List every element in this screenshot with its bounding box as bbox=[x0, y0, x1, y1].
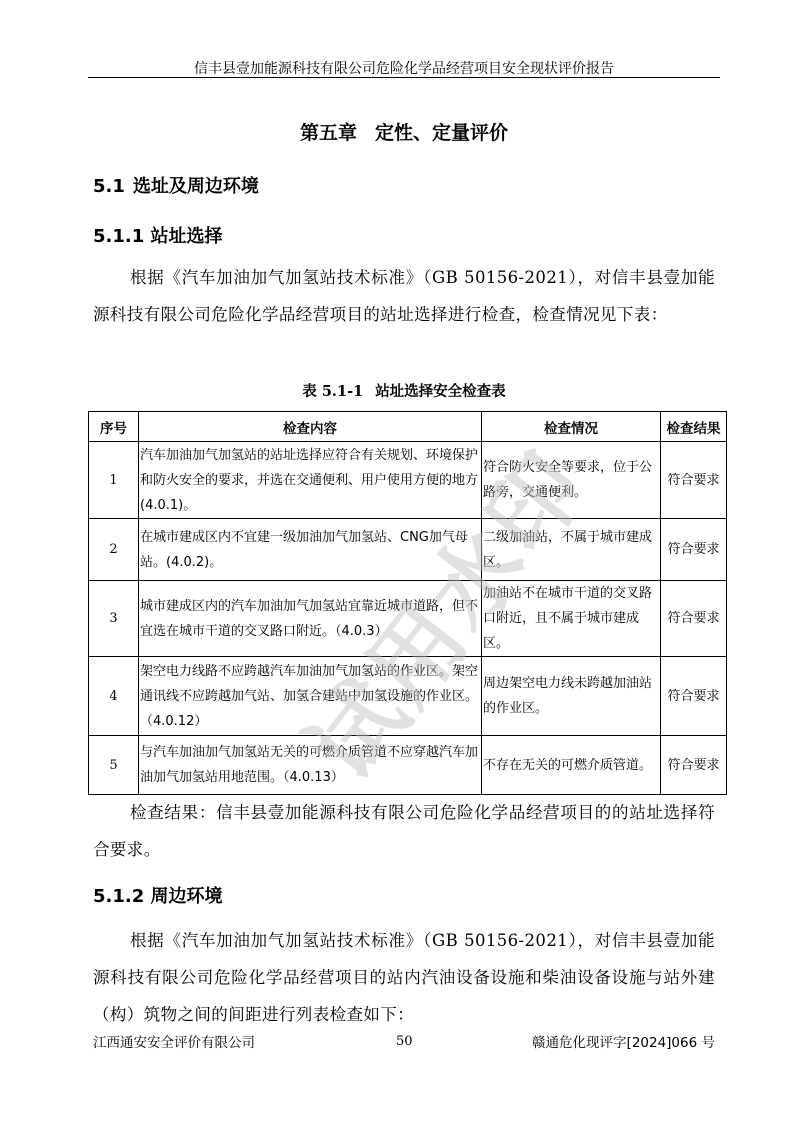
chapter-title: 第五章定性、定量评价 bbox=[88, 118, 720, 145]
table-row: 5 与汽车加油加气加氢站无关的可燃介质管道不应穿越汽车加油加气加氢站用地范围。（… bbox=[89, 736, 727, 795]
column-header-no: 序号 bbox=[89, 412, 139, 442]
row-situation: 不存在无关的可燃介质管道。 bbox=[482, 736, 661, 795]
row-content: 城市建成区内的汽车加油加气加氢站宜靠近城市道路，但不宜选在城市干道的交叉路口附近… bbox=[139, 581, 482, 657]
row-situation: 二级加油站，不属于城市建成区。 bbox=[482, 519, 661, 581]
chapter-number: 第五章 bbox=[300, 122, 357, 144]
check-conclusion: 检查结果：信丰县壹加能源科技有限公司危险化学品经营项目的的站址选择符合要求。 bbox=[93, 794, 715, 868]
table-caption: 表 5.1-1站址选择安全检查表 bbox=[88, 380, 720, 401]
row-content: 汽车加油加气加氢站的站址选择应符合有关规划、环境保护和防火安全的要求，并选在交通… bbox=[139, 442, 482, 519]
section-5-1-2-heading: 5.1.2 周边环境 bbox=[93, 882, 223, 908]
section-title: 选址及周边环境 bbox=[133, 176, 259, 197]
section-5-1-2-intro: 根据《汽车加油加气加氢站技术标准》（GB 50156-2021），对信丰县壹加能… bbox=[93, 922, 715, 1033]
row-content: 架空电力线路不应跨越汽车加油加气加氢站的作业区。架空通讯线不应跨越加气站、加氢合… bbox=[139, 657, 482, 736]
row-no: 3 bbox=[89, 581, 139, 657]
section-number: 5.1 bbox=[93, 176, 125, 197]
column-header-situation: 检查情况 bbox=[482, 412, 661, 442]
row-no: 2 bbox=[89, 519, 139, 581]
table-row: 3 城市建成区内的汽车加油加气加氢站宜靠近城市道路，但不宜选在城市干道的交叉路口… bbox=[89, 581, 727, 657]
footer-company: 江西通安安全评价有限公司 bbox=[93, 1031, 255, 1051]
row-content: 与汽车加油加气加氢站无关的可燃介质管道不应穿越汽车加油加气加氢站用地范围。（4.… bbox=[139, 736, 482, 795]
chapter-name: 定性、定量评价 bbox=[375, 122, 508, 144]
section-5-1-heading: 5.1选址及周边环境 bbox=[93, 172, 259, 198]
table-header-row: 序号 检查内容 检查情况 检查结果 bbox=[89, 412, 727, 442]
table-row: 4 架空电力线路不应跨越汽车加油加气加氢站的作业区。架空通讯线不应跨越加气站、加… bbox=[89, 657, 727, 736]
table-caption-number: 表 5.1-1 bbox=[302, 383, 363, 400]
site-selection-check-table: 序号 检查内容 检查情况 检查结果 1 汽车加油加气加氢站的站址选择应符合有关规… bbox=[88, 411, 727, 795]
table-row: 2 在城市建成区内不宜建一级加油加气加氢站、CNG加气母站。(4.0.2)。 二… bbox=[89, 519, 727, 581]
column-header-content: 检查内容 bbox=[139, 412, 482, 442]
row-situation: 加油站不在城市干道的交叉路口附近，且不属于城市建成区。 bbox=[482, 581, 661, 657]
row-content: 在城市建成区内不宜建一级加油加气加氢站、CNG加气母站。(4.0.2)。 bbox=[139, 519, 482, 581]
row-situation: 周边架空电力线未跨越加油站的作业区。 bbox=[482, 657, 661, 736]
row-result: 符合要求 bbox=[661, 581, 727, 657]
row-situation: 符合防火安全等要求，位于公路旁，交通便利。 bbox=[482, 442, 661, 519]
header-rule bbox=[88, 77, 720, 78]
row-result: 符合要求 bbox=[661, 657, 727, 736]
row-result: 符合要求 bbox=[661, 442, 727, 519]
footer-report-code: 赣通危化现评字[2024]066 号 bbox=[532, 1031, 715, 1051]
row-result: 符合要求 bbox=[661, 519, 727, 581]
column-header-result: 检查结果 bbox=[661, 412, 727, 442]
document-page: 信丰县壹加能源科技有限公司危险化学品经营项目安全现状评价报告 第五章定性、定量评… bbox=[0, 0, 793, 1122]
footer-page-number: 50 bbox=[396, 1034, 413, 1049]
table-row: 1 汽车加油加气加氢站的站址选择应符合有关规划、环境保护和防火安全的要求，并选在… bbox=[89, 442, 727, 519]
row-no: 1 bbox=[89, 442, 139, 519]
table-caption-title: 站址选择安全检查表 bbox=[375, 383, 506, 400]
row-no: 4 bbox=[89, 657, 139, 736]
row-no: 5 bbox=[89, 736, 139, 795]
section-5-1-1-intro: 根据《汽车加油加气加氢站技术标准》（GB 50156-2021），对信丰县壹加能… bbox=[93, 240, 715, 333]
running-header: 信丰县壹加能源科技有限公司危险化学品经营项目安全现状评价报告 bbox=[88, 58, 720, 78]
row-result: 符合要求 bbox=[661, 736, 727, 795]
